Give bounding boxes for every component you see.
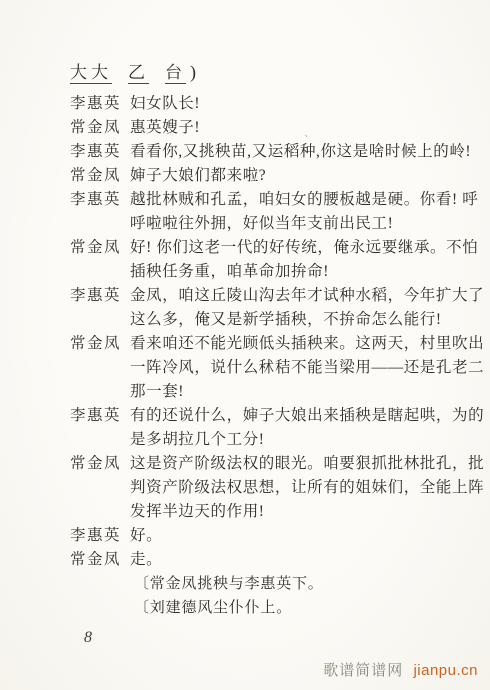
dialogue-row: 李惠英妇女队长! (70, 92, 462, 116)
dialogue-row: 李惠英看看你,又挑秧苗,又运稻种,你这是啥时候上的岭! (70, 140, 462, 164)
speaker-name: 常金凤 (70, 452, 130, 524)
dialogue-line: 有的还说什么，婶子大娘出来插秧是瞎起哄，为的 (130, 404, 484, 428)
speaker-name: 常金凤 (70, 332, 130, 404)
dialogue-line: 这么多，俺又是新学插秧，不拚命怎么能行! (130, 308, 484, 332)
dialogue-row: 常金凤看来咱还不能光顾低头插秧来。这两天，村里吹出一阵冷风，说什么秫秸不能当梁用… (70, 332, 462, 404)
dialogue-row: 常金凤这是资产阶级法权的眼光。咱要狠抓批林批孔，批判资产阶级法权思想，让所有的姐… (70, 452, 462, 524)
dialogue-lines: 看来咱还不能光顾低头插秧来。这两天，村里吹出一阵冷风，说什么秫秸不能当梁用——还… (130, 332, 484, 404)
dialogue-line: 插秧任务重，咱革命加拚命! (130, 260, 478, 284)
watermark-site-name: 歌谱简谱网 (323, 662, 403, 679)
dialogue-row: 李惠英越批林贼和孔孟，咱妇女的腰板越是硬。你看! 呼呼啦啦往外拥，好似当年支前出… (70, 188, 462, 236)
speaker-name: 李惠英 (70, 188, 130, 236)
speaker-name: 常金凤 (70, 164, 130, 188)
speaker-name: 李惠英 (70, 140, 130, 164)
dialogue-lines: 走。 (130, 548, 462, 572)
dialogue-line: 那一套! (130, 380, 484, 404)
dialogue-line: 婶子大娘们都来啦? (130, 164, 462, 188)
dialogue-line: 一阵冷风，说什么秫秸不能当梁用——还是孔老二 (130, 356, 484, 380)
dialogue-lines: 看看你,又挑秧苗,又运稻种,你这是啥时候上的岭! (130, 140, 471, 164)
stage-direction-line: 〔刘建德风尘仆仆上。 (70, 596, 462, 620)
speaker-name: 李惠英 (70, 404, 130, 452)
dialogue-line: 金凤，咱这丘陵山沟去年才试种水稻，今年扩大了 (130, 284, 484, 308)
script-body: 李惠英妇女队长!常金凤惠英嫂子!李惠英看看你,又挑秧苗,又运稻种,你这是啥时候上… (70, 92, 462, 620)
dialogue-lines: 越批林贼和孔孟，咱妇女的腰板越是硬。你看! 呼呼啦啦往外拥，好似当年支前出民工! (130, 188, 478, 236)
scene-header-paren: ) (190, 62, 198, 82)
dialogue-row: 常金凤好! 你们这老一代的好传统，俺永远要继承。不怕插秧任务重，咱革命加拚命! (70, 236, 462, 284)
dialogue-lines: 妇女队长! (130, 92, 462, 116)
dialogue-row: 李惠英好。 (70, 524, 462, 548)
dialogue-line: 惠英嫂子! (130, 116, 462, 140)
dialogue-lines: 这是资产阶级法权的眼光。咱要狠抓批林批孔，批判资产阶级法权思想，让所有的姐妹们，… (130, 452, 484, 524)
speaker-name: 常金凤 (70, 116, 130, 140)
dialogue-row: 常金凤惠英嫂子! (70, 116, 462, 140)
watermark-site-url: jianpu.cn (413, 662, 478, 679)
dialogue-lines: 好。 (130, 524, 462, 548)
dialogue-line: 看来咱还不能光顾低头插秧来。这两天，村里吹出 (130, 332, 484, 356)
scene-header-part: 大大 (70, 63, 112, 84)
dialogue-line: 发挥半边天的作用! (130, 500, 484, 524)
scene-header-part: 乙 (128, 63, 149, 84)
dialogue-row: 常金凤走。 (70, 548, 462, 572)
speaker-name: 李惠英 (70, 524, 130, 548)
dialogue-lines: 婶子大娘们都来啦? (130, 164, 462, 188)
dialogue-row: 李惠英有的还说什么，婶子大娘出来插秧是瞎起哄，为的是多胡拉几个工分! (70, 404, 462, 452)
dialogue-row: 李惠英金凤，咱这丘陵山沟去年才试种水稻，今年扩大了这么多，俺又是新学插秧，不拚命… (70, 284, 462, 332)
dialogue-line: 判资产阶级法权思想，让所有的姐妹们，全能上阵 (130, 476, 484, 500)
dialogue-line: 走。 (130, 548, 462, 572)
dialogue-lines: 好! 你们这老一代的好传统，俺永远要继承。不怕插秧任务重，咱革命加拚命! (130, 236, 478, 284)
dialogue-line: 是多胡拉几个工分! (130, 428, 484, 452)
page-content: 大大乙台) 李惠英妇女队长!常金凤惠英嫂子!李惠英看看你,又挑秧苗,又运稻种,你… (70, 60, 462, 620)
dialogue-row: 常金凤婶子大娘们都来啦? (70, 164, 462, 188)
scan-speck: 、 (304, 124, 315, 140)
dialogue-line: 呼啦啦往外拥，好似当年支前出民工! (130, 212, 478, 236)
watermark: 歌谱简谱网 jianpu.cn (323, 659, 478, 680)
speaker-name: 李惠英 (70, 92, 130, 116)
dialogue-line: 好! 你们这老一代的好传统，俺永远要继承。不怕 (130, 236, 478, 260)
dialogue-line: 好。 (130, 524, 462, 548)
dialogue-line: 妇女队长! (130, 92, 462, 116)
dialogue-line: 越批林贼和孔孟，咱妇女的腰板越是硬。你看! 呼 (130, 188, 478, 212)
speaker-name: 常金凤 (70, 236, 130, 284)
speaker-name: 常金凤 (70, 548, 130, 572)
page-number: 8 (84, 629, 92, 647)
scene-header-part: 台 (165, 63, 186, 84)
dialogue-lines: 金凤，咱这丘陵山沟去年才试种水稻，今年扩大了这么多，俺又是新学插秧，不拚命怎么能… (130, 284, 484, 332)
dialogue-lines: 有的还说什么，婶子大娘出来插秧是瞎起哄，为的是多胡拉几个工分! (130, 404, 484, 452)
speaker-name: 李惠英 (70, 284, 130, 332)
dialogue-line: 看看你,又挑秧苗,又运稻种,你这是啥时候上的岭! (130, 140, 471, 164)
dialogue-line: 这是资产阶级法权的眼光。咱要狠抓批林批孔，批 (130, 452, 484, 476)
scene-header: 大大乙台) (70, 60, 462, 85)
stage-direction-line: 〔常金凤挑秧与李惠英下。 (70, 572, 462, 596)
script-page: 大大乙台) 李惠英妇女队长!常金凤惠英嫂子!李惠英看看你,又挑秧苗,又运稻种,你… (0, 0, 490, 690)
dialogue-lines: 惠英嫂子! (130, 116, 462, 140)
